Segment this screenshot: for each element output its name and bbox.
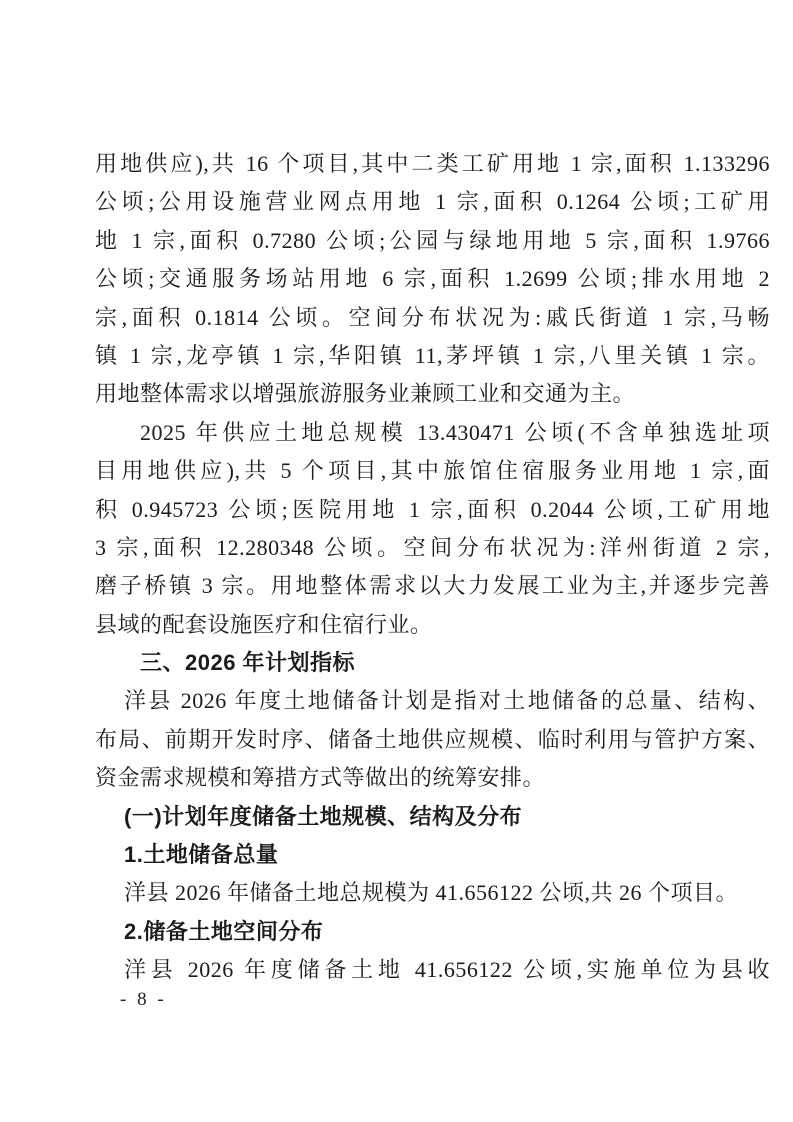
text-line: 目用地供应),共 5 个项目,其中旅馆住宿服务业用地 1 宗,面 <box>95 452 770 490</box>
text-line: 镇 1 宗,龙亭镇 1 宗,华阳镇 11,茅坪镇 1 宗,八里关镇 1 宗。 <box>95 337 770 375</box>
text-line: 2025 年供应土地总规模 13.430471 公顷(不含单独选址项 <box>95 414 770 452</box>
text-line: 磨子桥镇 3 宗。用地整体需求以大力发展工业为主,并逐步完善 <box>95 567 770 605</box>
text-line: 积 0.945723 公顷;医院用地 1 宗,面积 0.2044 公顷,工矿用地 <box>95 491 770 529</box>
text-line: 地 1 宗,面积 0.7280 公顷;公园与绿地用地 5 宗,面积 1.9766 <box>95 222 770 260</box>
text-line: 县域的配套设施医疗和住宿行业。 <box>95 606 770 644</box>
heading-line: 1.土地储备总量 <box>95 836 770 874</box>
text-line: 洋县 2026 年度储备土地 41.656122 公顷,实施单位为县收 <box>95 951 770 989</box>
text-line: 布局、前期开发时序、储备土地供应规模、临时利用与管护方案、 <box>95 721 770 759</box>
heading-line: (一)计划年度储备土地规模、结构及分布 <box>95 798 770 836</box>
page-number: - 8 - <box>120 986 167 1014</box>
text-line: 3 宗,面积 12.280348 公顷。空间分布状况为:洋州街道 2 宗, <box>95 529 770 567</box>
heading-line: 三、2026 年计划指标 <box>95 644 770 682</box>
heading-line: 2.储备土地空间分布 <box>95 913 770 951</box>
text-line: 用地整体需求以增强旅游服务业兼顾工业和交通为主。 <box>95 375 770 413</box>
text-line: 洋县 2026 年度土地储备计划是指对土地储备的总量、结构、 <box>95 682 770 720</box>
text-line: 用地供应),共 16 个项目,其中二类工矿用地 1 宗,面积 1.133296 <box>95 145 770 183</box>
document-page: 用地供应),共 16 个项目,其中二类工矿用地 1 宗,面积 1.133296公… <box>0 0 793 1122</box>
text-line: 公顷;公用设施营业网点用地 1 宗,面积 0.1264 公顷;工矿用 <box>95 183 770 221</box>
text-line: 公顷;交通服务场站用地 6 宗,面积 1.2699 公顷;排水用地 2 <box>95 260 770 298</box>
text-line: 宗,面积 0.1814 公顷。空间分布状况为:戚氏街道 1 宗,马畅 <box>95 299 770 337</box>
document-body: 用地供应),共 16 个项目,其中二类工矿用地 1 宗,面积 1.133296公… <box>95 145 770 990</box>
text-line: 洋县 2026 年储备土地总规模为 41.656122 公顷,共 26 个项目。 <box>95 874 770 912</box>
text-line: 资金需求规模和筹措方式等做出的统筹安排。 <box>95 759 770 797</box>
